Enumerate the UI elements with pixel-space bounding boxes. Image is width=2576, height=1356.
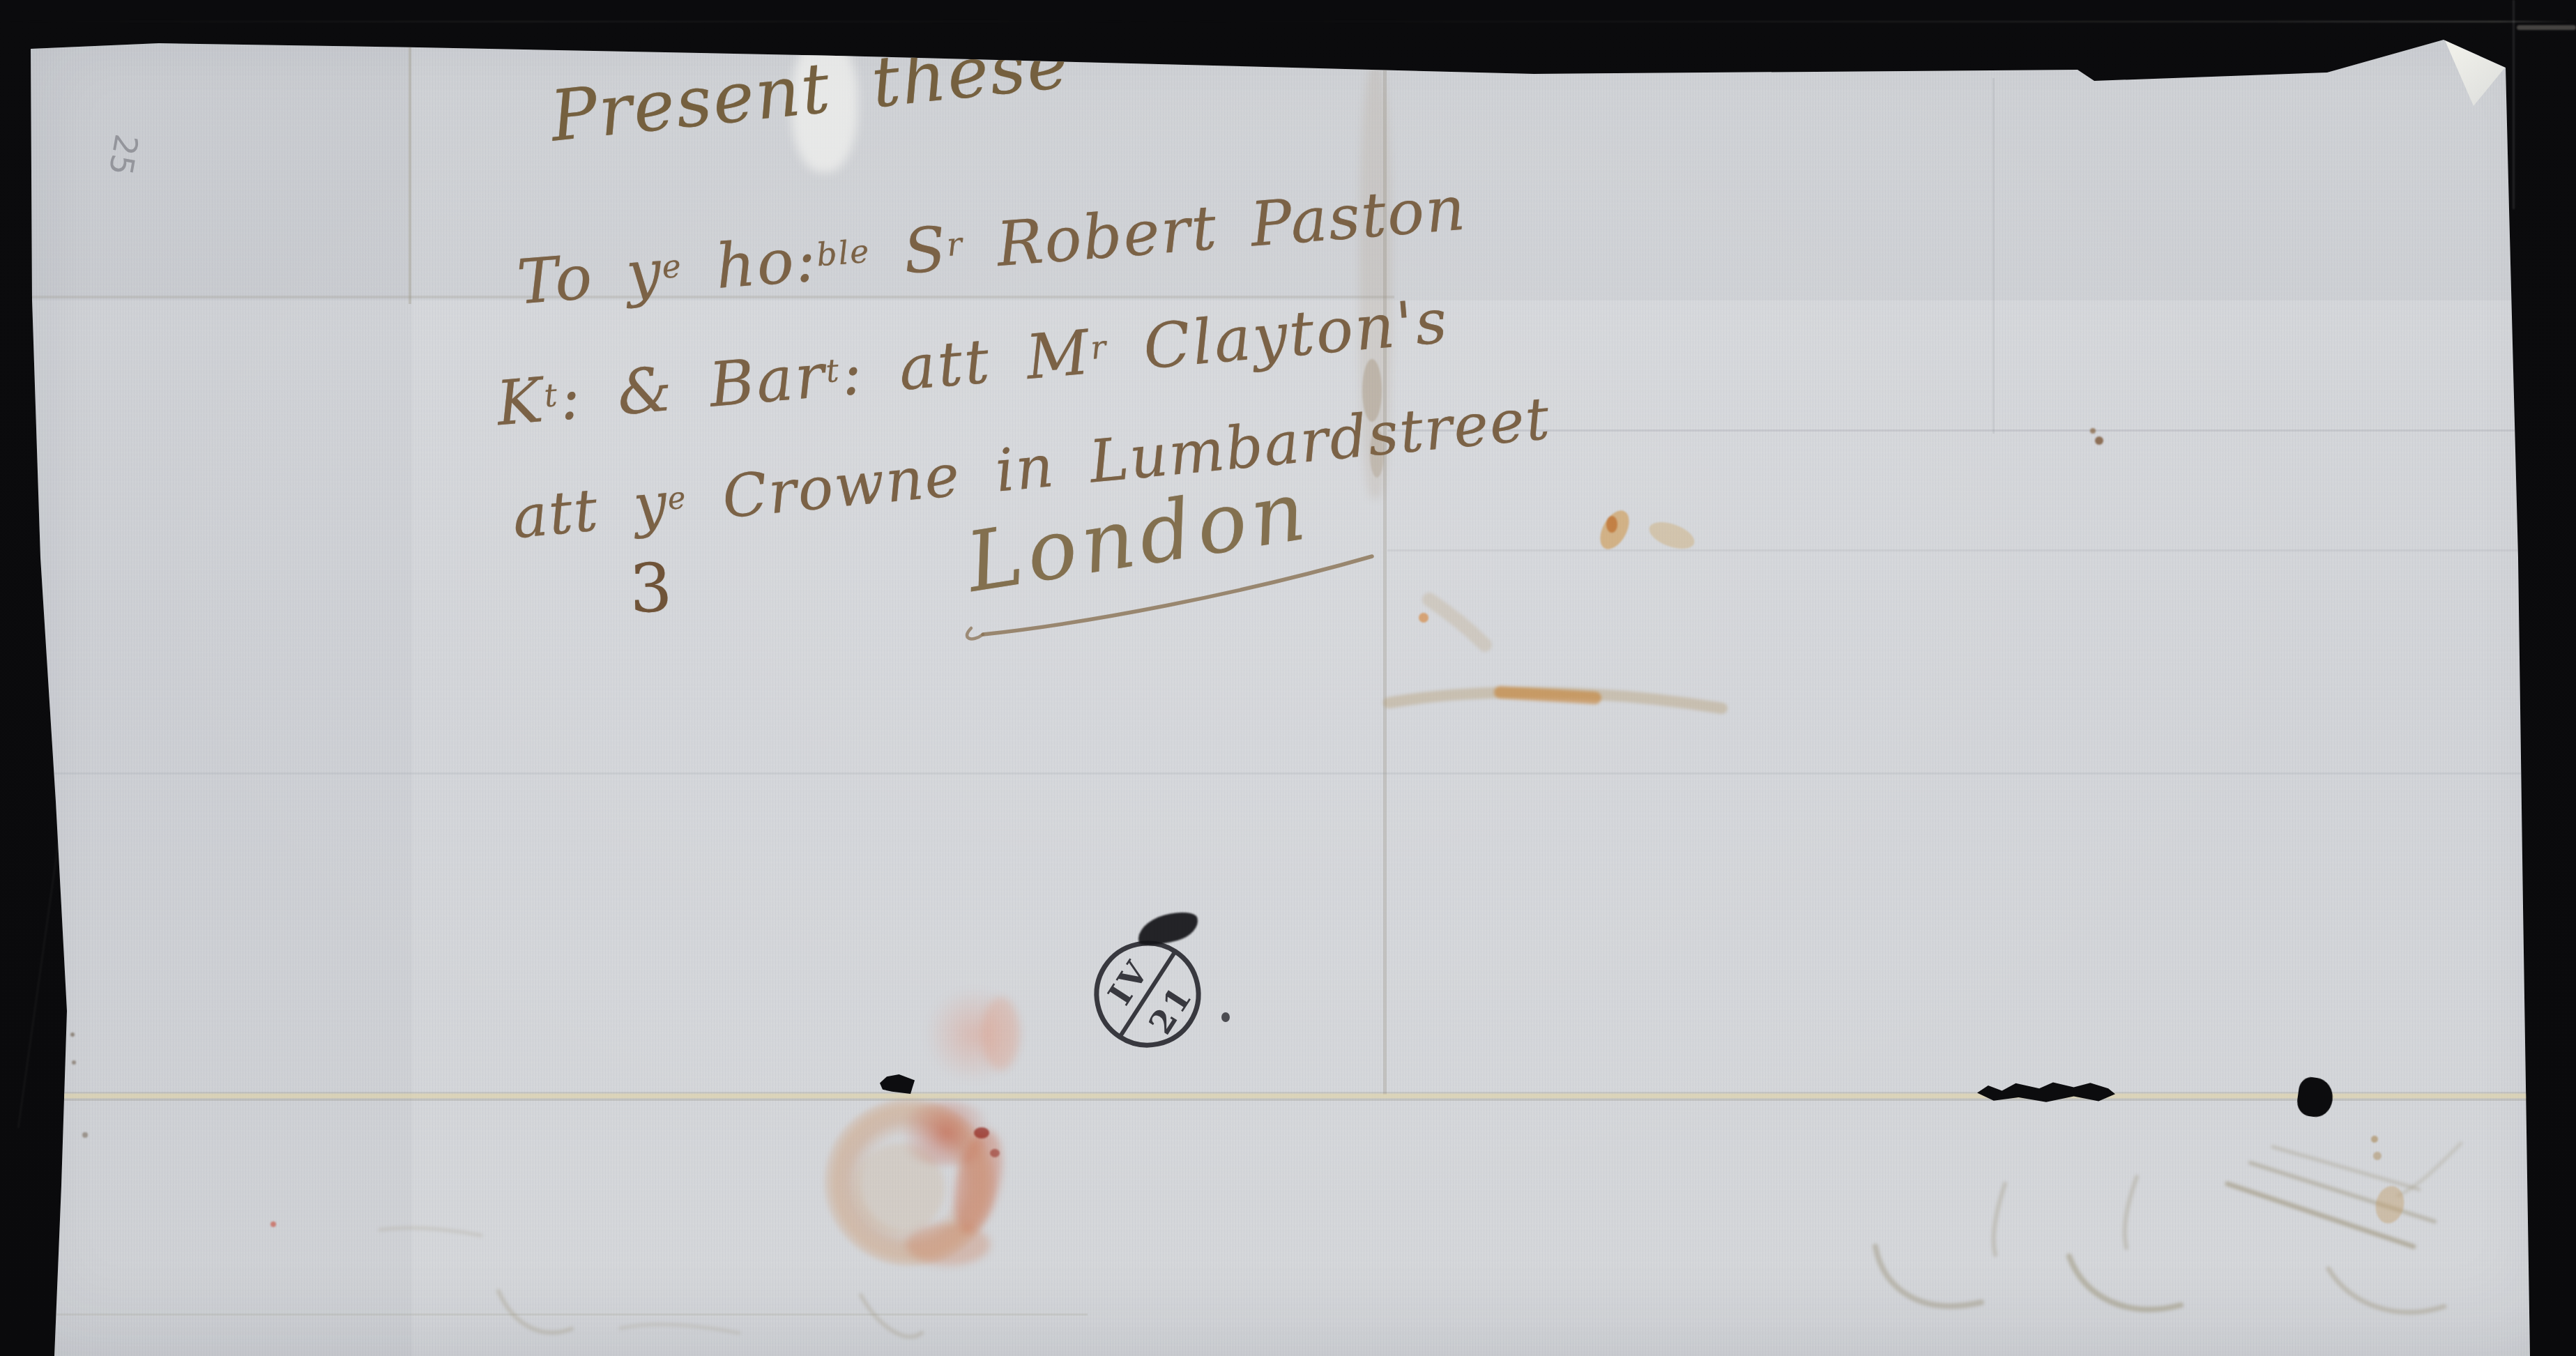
background-seam	[2513, 0, 2515, 209]
ghost-writing-and-stains	[0, 0, 2576, 1356]
background-scratch	[2517, 25, 2576, 30]
paper-sheet: Present these To ye ho:ble Sr Robert Pas…	[0, 0, 2576, 1356]
scan-canvas: Present these To ye ho:ble Sr Robert Pas…	[0, 0, 2576, 1356]
background-scratch	[0, 21, 2576, 22]
